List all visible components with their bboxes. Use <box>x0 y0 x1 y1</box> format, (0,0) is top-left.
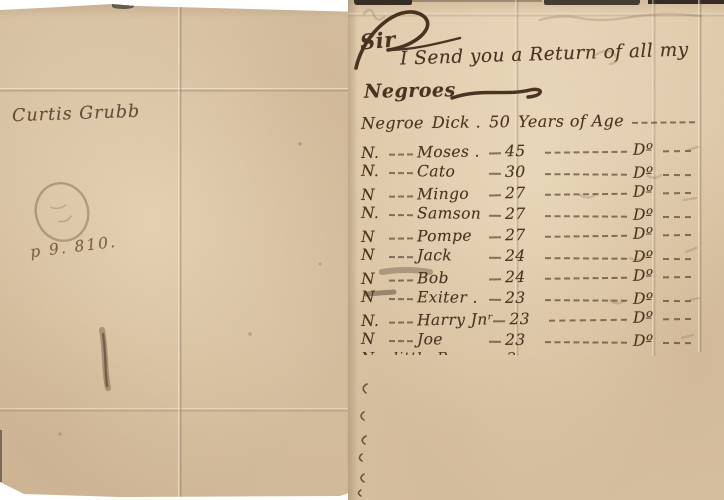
stamp-oval <box>29 177 95 247</box>
ink-flourishes <box>348 0 724 500</box>
fold-strip-ink-curls <box>359 384 368 496</box>
left-page-sheet: Curtis Grubb p 9. 810. <box>0 4 364 498</box>
right-page-sheet: Sir I Send you a Return of all my Negroe… <box>348 0 724 500</box>
salutation-flourish <box>356 12 460 68</box>
scanned-manuscript: Curtis Grubb p 9. 810. S <box>0 0 724 500</box>
subject-swash <box>452 89 540 98</box>
bob-smear <box>382 270 430 272</box>
exiter-smear <box>366 292 394 294</box>
stamp-and-smudge-marks <box>0 4 364 498</box>
bleed-through-marks <box>364 10 701 338</box>
